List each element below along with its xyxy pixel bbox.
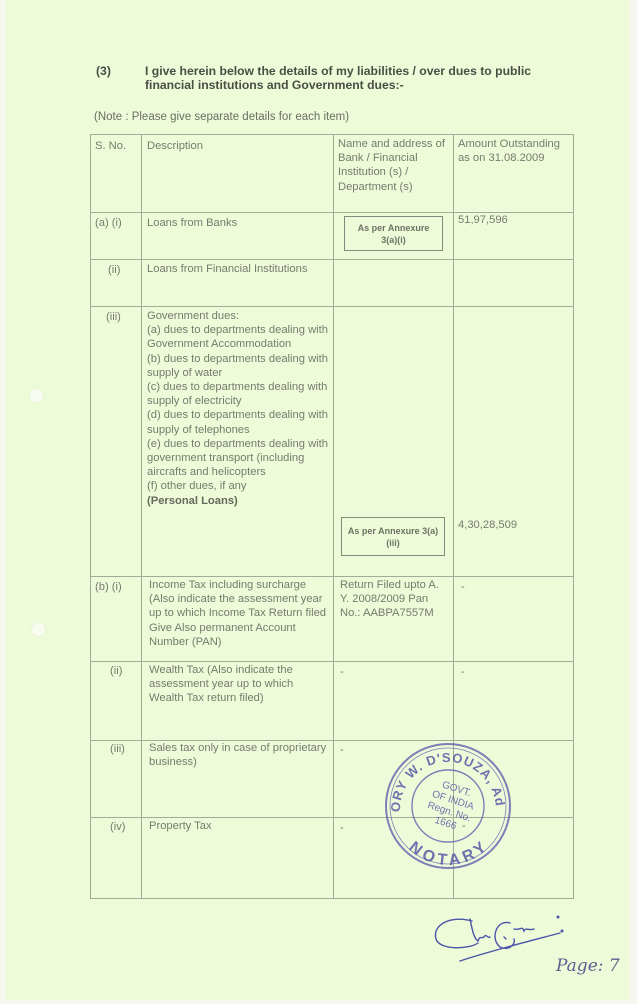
row-bank: - [340, 665, 344, 679]
row-amount: 4,30,28,509 [458, 518, 517, 532]
annexure-label: As per Annexure 3(a)(i) [354, 222, 434, 246]
table-border [90, 898, 574, 899]
row-amount: - [461, 665, 465, 679]
stamp-bottom-text: NOTARY [406, 839, 491, 870]
description-line: (e) dues to departments dealing with gov… [147, 437, 332, 480]
table-border [573, 134, 574, 899]
annexure-label: As per Annexure 3(a)(iii) [346, 525, 441, 549]
table-border [90, 134, 91, 899]
page-number: Page: 7 [556, 956, 620, 976]
row-sno: (iv) [110, 820, 126, 834]
row-amount: - [461, 580, 465, 594]
row-bank: - [340, 743, 344, 757]
row-sno: (a) (i) [95, 216, 122, 230]
header-amount: Amount Outstanding as on 31.08.2009 [458, 137, 570, 165]
row-sno: (ii) [108, 263, 120, 277]
section-note: (Note : Please give separate details for… [94, 111, 349, 123]
row-divider [90, 661, 574, 662]
row-sno: (iii) [110, 742, 125, 756]
description-line: (c) dues to departments dealing with sup… [147, 380, 332, 408]
annexure-reference: As per Annexure 3(a)(i) [344, 216, 443, 251]
description-line: (a) dues to departments dealing with Gov… [147, 323, 332, 351]
row-description: Income Tax including surcharge (Also ind… [149, 578, 333, 649]
table-border [90, 134, 574, 135]
annexure-reference: As per Annexure 3(a)(iii) [341, 517, 445, 556]
column-divider [141, 134, 142, 899]
row-amount: 51,97,596 [458, 213, 508, 227]
row-sno: (iii) [106, 310, 121, 324]
description-line: (b) dues to departments dealing with sup… [147, 352, 332, 380]
section-title: I give herein below the details of my li… [145, 64, 575, 92]
header-description: Description [147, 139, 203, 153]
description-emphasis: (Personal Loans) [147, 494, 332, 508]
column-divider [333, 134, 334, 899]
row-divider [90, 259, 574, 260]
description-line: (d) dues to departments dealing with sup… [147, 408, 332, 436]
row-description: Loans from Financial Institutions [147, 262, 327, 276]
page-margin [629, 0, 637, 1004]
header-bank: Name and address of Bank / Financial Ins… [338, 137, 450, 194]
punch-hole [32, 623, 45, 636]
row-sno: (ii) [110, 664, 122, 678]
section-number: (3) [96, 64, 111, 78]
row-description: Property Tax [149, 819, 212, 833]
row-bank: Return Filed upto A. Y. 2008/2009 Pan No… [340, 578, 448, 621]
punch-hole [30, 389, 43, 402]
row-divider [90, 306, 574, 307]
header-sno: S. No. [95, 139, 126, 153]
description-line: Government dues: [147, 309, 332, 323]
row-description: Wealth Tax (Also indicate the assessment… [149, 663, 329, 706]
row-bank: - [340, 821, 344, 835]
description-line: (f) other dues, if any [147, 479, 332, 493]
notary-stamp: GREGORY W. D'SOUZA, Advocate NOTARY GOVT… [378, 740, 518, 872]
row-description: Sales tax only in case of proprietary bu… [149, 741, 329, 769]
row-sno: (b) (i) [95, 580, 122, 594]
row-divider [90, 576, 574, 577]
row-description: Government dues: (a) dues to departments… [147, 309, 332, 508]
row-description: Loans from Banks [147, 216, 237, 230]
svg-text:NOTARY: NOTARY [406, 839, 491, 870]
